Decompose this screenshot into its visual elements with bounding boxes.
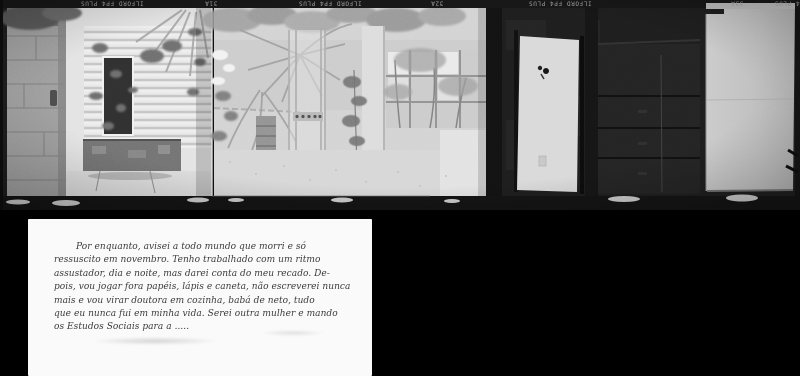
note-line: pois, vou jogar fora papéis, lápis e can…: [54, 281, 366, 294]
note-line: ressuscito em novembro. Tenho trabalhado…: [54, 254, 366, 267]
note-line: mais e vou virar doutora em cozinha, bab…: [54, 295, 366, 308]
pencil-smudge: [260, 330, 326, 336]
film-strip-photo: ILFORD FP4 PLUS 31A ILFORD FP4 PLUS 32A …: [0, 0, 800, 210]
pencil-smudge: [90, 337, 220, 345]
note-line: que eu nunca fui em minha vida. Serei ou…: [54, 308, 366, 321]
scanned-photo-composite: ILFORD FP4 PLUS 31A ILFORD FP4 PLUS 32A …: [0, 0, 800, 376]
note-line: assustador, dia e noite, mas darei conta…: [54, 268, 366, 281]
vignette-overlay: [0, 0, 800, 210]
handwritten-note-paper: Por enquanto, avisei a todo mundo que mo…: [28, 219, 372, 376]
note-line: Por enquanto, avisei a todo mundo que mo…: [54, 241, 366, 254]
handwritten-note-text: Por enquanto, avisei a todo mundo que mo…: [54, 241, 366, 335]
